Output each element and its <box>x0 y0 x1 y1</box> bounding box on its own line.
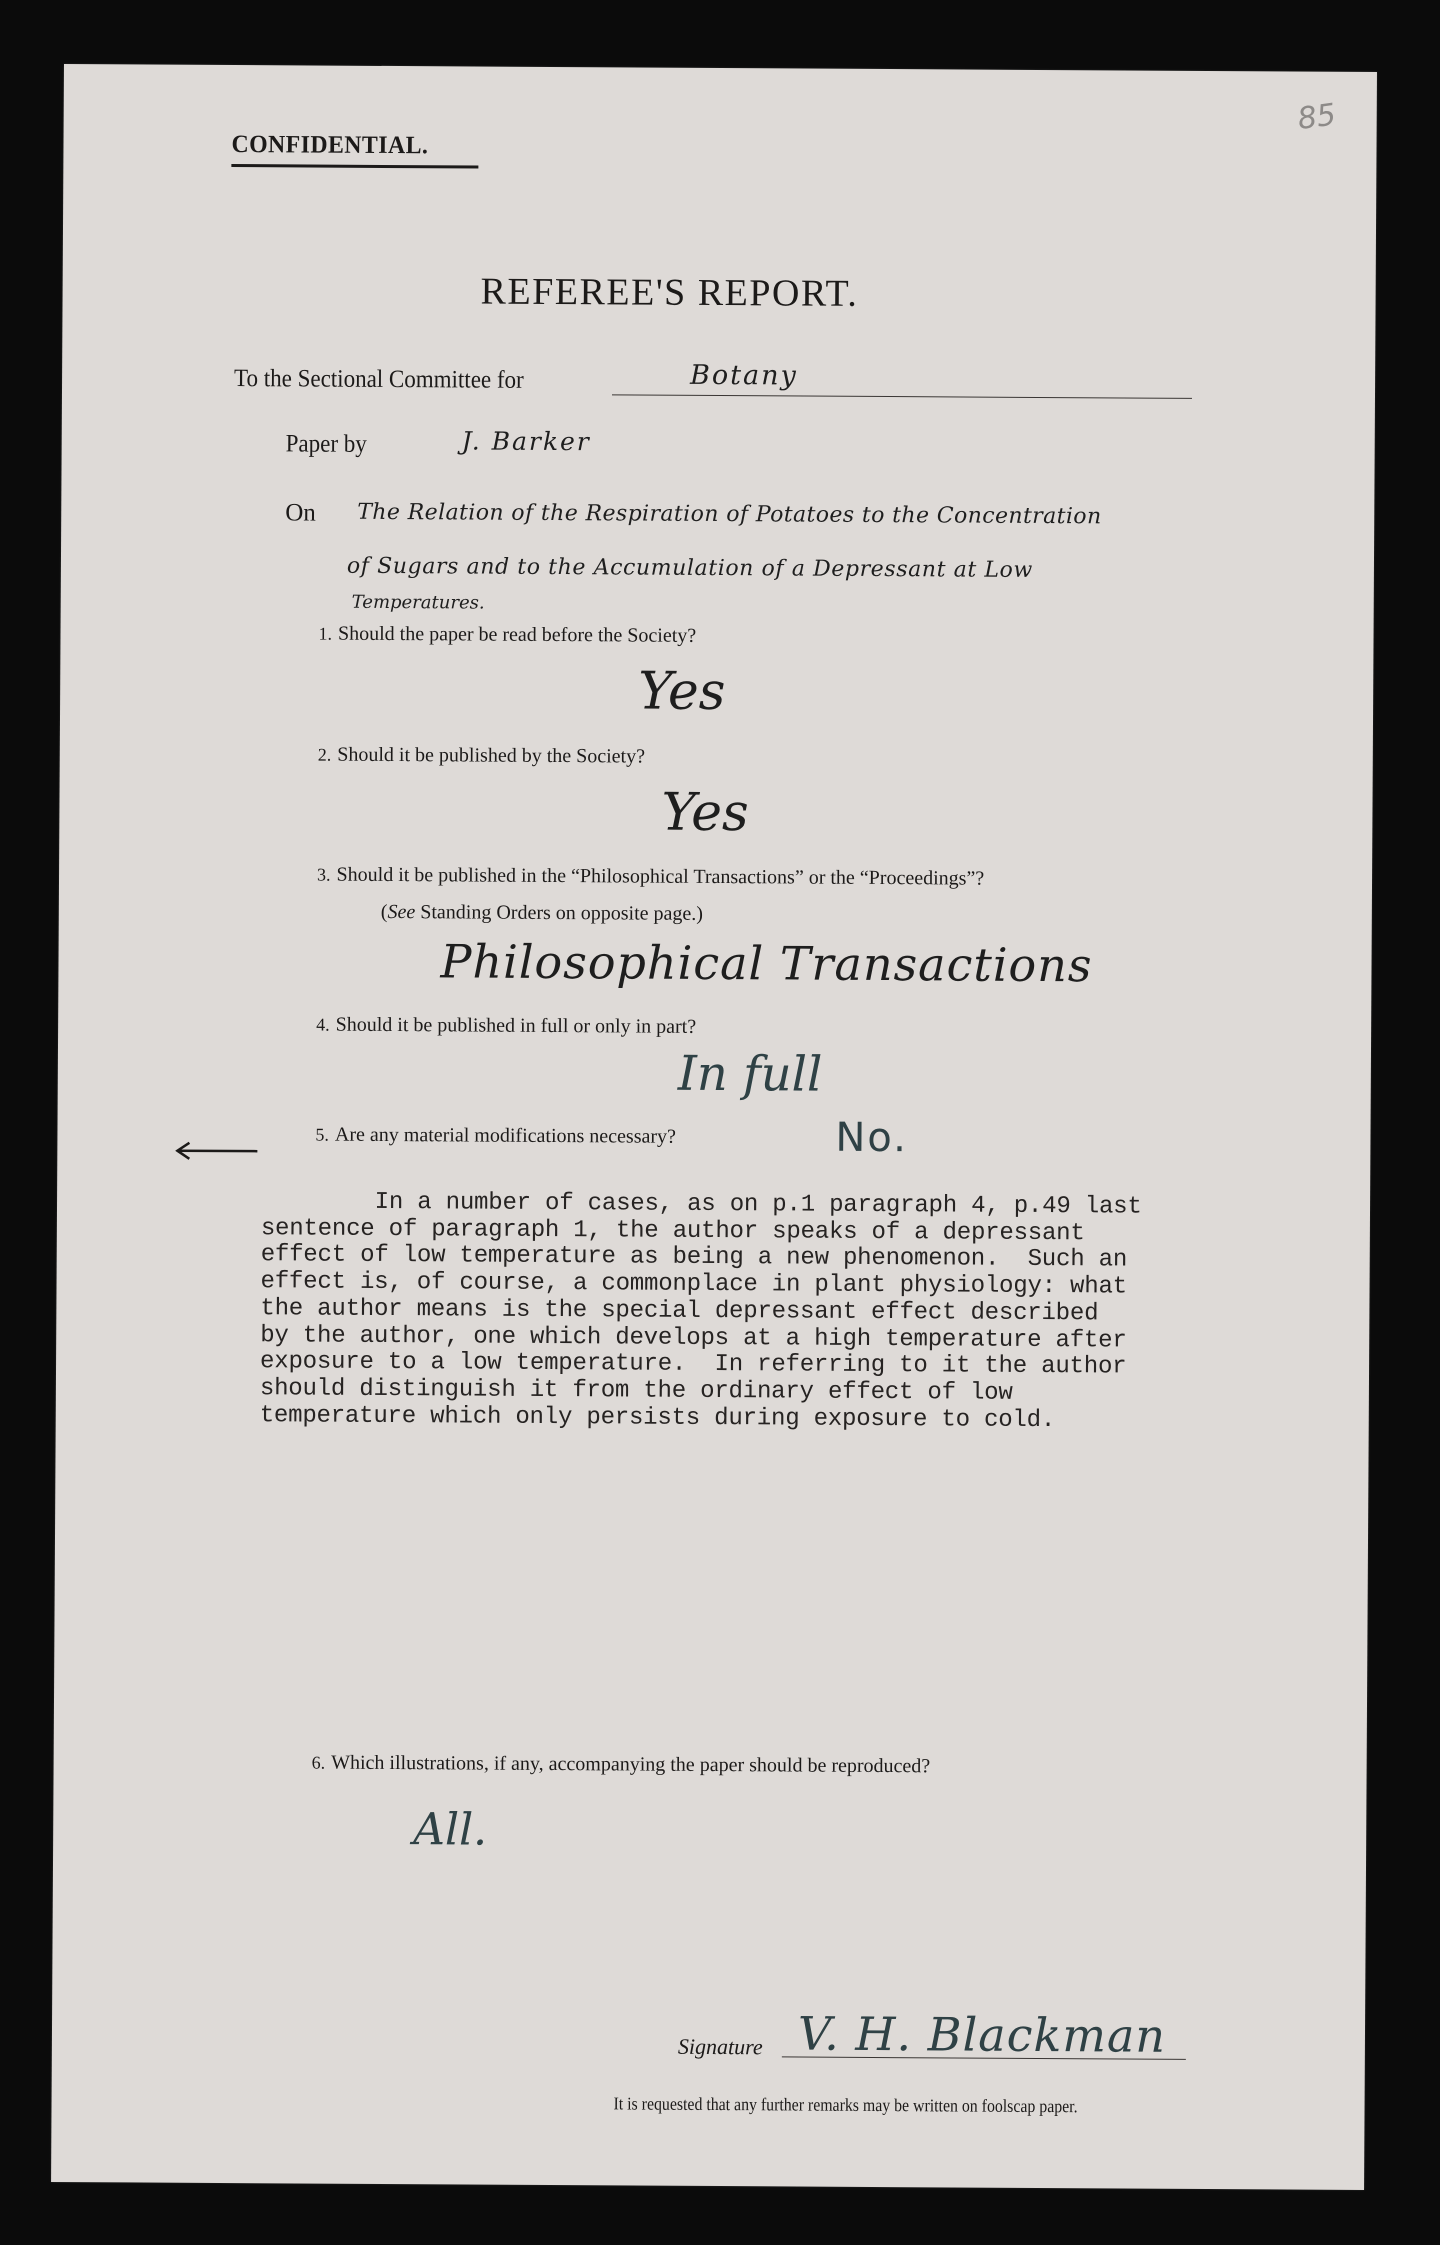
question-1-number: 1. <box>318 624 332 644</box>
answer-3: Philosophical Transactions <box>440 934 1092 992</box>
committee-label: To the Sectional Committee for <box>234 365 524 395</box>
signature-value: V. H. Blackman <box>798 2007 1166 2063</box>
remark-line: temperature which only persists during e… <box>260 1403 1141 1435</box>
answer-1: Yes <box>638 662 726 723</box>
question-6: 6.Which illustrations, if any, accompany… <box>312 1752 931 1779</box>
question-6-number: 6. <box>312 1753 326 1773</box>
paper-title-line-3: Temperatures. <box>352 592 485 614</box>
question-3-number: 3. <box>317 865 331 885</box>
referee-report-sheet: 85 CONFIDENTIAL. REFEREE'S REPORT. To th… <box>51 64 1377 2190</box>
committee-value: Botany <box>690 360 798 392</box>
answer-4: In full <box>678 1046 823 1103</box>
paper-by-value: J. Barker <box>462 426 591 456</box>
question-2-number: 2. <box>318 745 332 765</box>
confidential-heading: CONFIDENTIAL. <box>231 131 428 160</box>
question-2: 2.Should it be published by the Society? <box>318 744 645 769</box>
paper-title-line-1: The Relation of the Respiration of Potat… <box>357 500 1101 530</box>
typed-remarks: In a number of cases, as on p.1 paragrap… <box>260 1189 1142 1435</box>
on-label: On <box>285 499 316 527</box>
question-5-text: Are any material modifications necessary… <box>335 1124 676 1148</box>
page-number: 85 <box>1296 97 1339 137</box>
signature-label: Signature <box>678 2034 763 2061</box>
question-4: 4.Should it be published in full or only… <box>316 1014 696 1039</box>
question-4-text: Should it be published in full or only i… <box>336 1014 697 1038</box>
question-3-note: (See Standing Orders on opposite page.) <box>381 901 703 926</box>
question-3-text: Should it be published in the “Philosoph… <box>336 864 984 890</box>
left-arrow-icon <box>175 1141 259 1167</box>
question-1-text: Should the paper be read before the Soci… <box>338 623 696 647</box>
question-2-text: Should it be published by the Society? <box>337 744 645 768</box>
answer-2: Yes <box>661 783 749 844</box>
question-3: 3.Should it be published in the “Philoso… <box>317 864 984 891</box>
answer-5: No. <box>835 1115 908 1161</box>
question-4-number: 4. <box>316 1015 330 1035</box>
committee-fill-line <box>612 394 1192 399</box>
question-6-text: Which illustrations, if any, accompanyin… <box>331 1752 930 1778</box>
question-5: 5.Are any material modifications necessa… <box>315 1124 676 1149</box>
page-title: REFEREE'S REPORT. <box>480 270 858 316</box>
question-1: 1.Should the paper be read before the So… <box>318 623 696 648</box>
question-5-number: 5. <box>315 1125 329 1145</box>
answer-6: All. <box>413 1804 487 1855</box>
paper-title-line-2: of Sugars and to the Accumulation of a D… <box>347 554 1033 583</box>
footer-note: It is requested that any further remarks… <box>613 2093 1077 2117</box>
see-italic: See <box>387 901 415 923</box>
confidential-underline <box>231 164 478 169</box>
paper-by-label: Paper by <box>286 430 367 458</box>
